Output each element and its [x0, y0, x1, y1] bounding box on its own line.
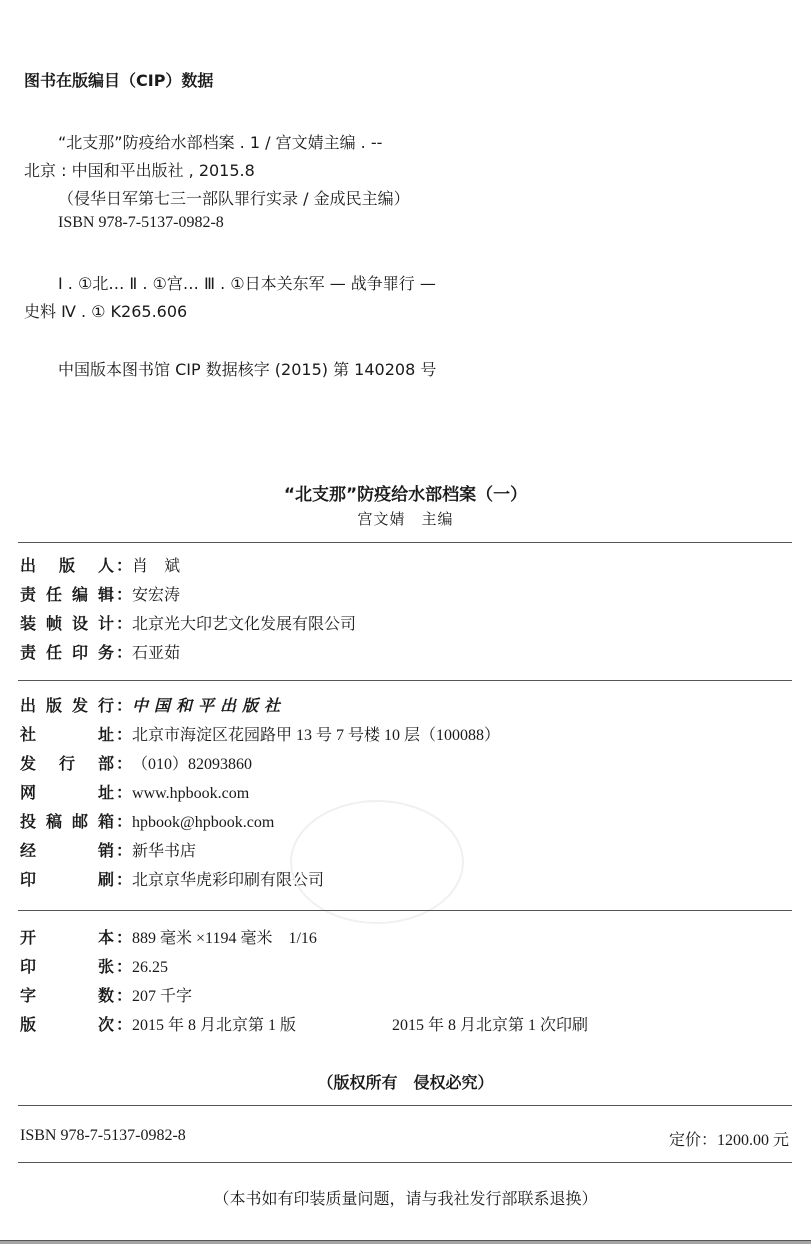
field-value: 新华书店 — [132, 838, 196, 861]
book-title: “北支那”防疫给水部档案（一） — [0, 480, 811, 505]
field-value: 石亚茹 — [132, 640, 180, 663]
field-value: 北京京华虎彩印刷有限公司 — [132, 867, 324, 890]
submission-email-row: 投稿邮箱： hpbook@hpbook.com — [20, 809, 274, 832]
cip-subject-line: Ⅰ . ①北… Ⅱ . ①宫… Ⅲ . ①日本关东军 — 战争罪行 — — [58, 271, 436, 294]
field-value: 889 毫米 ×1194 毫米 1/16 — [132, 925, 317, 948]
field-label: 装帧设计 — [20, 611, 114, 634]
field-value: 207 千字 — [132, 983, 192, 1006]
field-label: 责任印务 — [20, 640, 114, 663]
stamp-watermark — [290, 800, 464, 924]
publisher-logo: 中国和平出版社 — [132, 693, 286, 716]
field-value: 北京市海淀区花园路甲 13 号 7 号楼 10 层（100088） — [132, 722, 500, 745]
distributor-row: 经销： 新华书店 — [20, 838, 196, 861]
staff-design-row: 装帧设计： 北京光大印艺文化发展有限公司 — [20, 611, 356, 634]
field-label: 责任编辑 — [20, 582, 114, 605]
cip-title-line: “北支那”防疫给水部档案 . 1 / 宫文婧主编 . -- — [58, 130, 382, 153]
field-label: 投稿邮箱 — [20, 809, 114, 832]
field-label: 社址 — [20, 722, 114, 745]
book-editor: 宫文婧 主编 — [0, 508, 811, 529]
cip-approval-number: 中国版本图书馆 CIP 数据核字 (2015) 第 140208 号 — [58, 357, 436, 380]
cip-publisher-line: 北京 : 中国和平出版社 , 2015.8 — [24, 158, 255, 181]
field-label: 出版人 — [20, 553, 114, 576]
cip-isbn-line: ISBN 978-7-5137-0982-8 — [58, 214, 224, 232]
field-label: 开本 — [20, 925, 114, 948]
quality-note: （本书如有印装质量问题，请与我社发行部联系退换） — [0, 1186, 811, 1209]
copyright-notice: （版权所有 侵权必究） — [0, 1070, 811, 1093]
divider-rule — [18, 1162, 792, 1163]
word-count-row: 字数： 207 千字 — [20, 983, 192, 1006]
publisher-row: 出版发行： 中国和平出版社 — [20, 693, 286, 716]
isbn: ISBN 978-7-5137-0982-8 — [20, 1127, 186, 1145]
cip-classification-line: 史料 Ⅳ . ① K265.606 — [24, 299, 187, 322]
divider-rule — [18, 910, 792, 911]
printing-info: 2015 年 8 月北京第 1 次印刷 — [392, 1012, 588, 1035]
field-value: 北京光大印艺文化发展有限公司 — [132, 611, 356, 634]
printer-row: 印刷： 北京京华虎彩印刷有限公司 — [20, 867, 324, 890]
staff-editor-row: 责任编辑： 安宏涛 — [20, 582, 180, 605]
distribution-dept-row: 发行部： （010）82093860 — [20, 751, 252, 774]
divider-rule — [18, 1105, 792, 1106]
cip-heading: 图书在版编目（CIP）数据 — [24, 68, 213, 91]
cip-series-line: （侵华日军第七三一部队罪行实录 / 金成民主编） — [58, 186, 410, 209]
website-row: 网址： www.hpbook.com — [20, 780, 249, 803]
field-value: 26.25 — [132, 959, 168, 977]
field-label: 经销 — [20, 838, 114, 861]
field-label: 版次 — [20, 1012, 114, 1035]
field-value: 2015 年 8 月北京第 1 版 — [132, 1012, 296, 1035]
staff-printing-row: 责任印务： 石亚茹 — [20, 640, 180, 663]
website-url: www.hpbook.com — [132, 785, 249, 803]
field-label: 印张 — [20, 954, 114, 977]
field-label: 网址 — [20, 780, 114, 803]
edition-row: 版次： 2015 年 8 月北京第 1 版 2015 年 8 月北京第 1 次印… — [20, 1012, 588, 1035]
field-label: 出版发行 — [20, 693, 114, 716]
bottom-bar — [0, 1240, 811, 1244]
sheets-row: 印张： 26.25 — [20, 954, 168, 977]
field-label: 发行部 — [20, 751, 114, 774]
divider-rule — [18, 680, 792, 681]
field-label: 印刷 — [20, 867, 114, 890]
field-value: 安宏涛 — [132, 582, 180, 605]
price: 定价：1200.00 元 — [669, 1127, 789, 1150]
field-value: 肖 斌 — [132, 553, 180, 576]
address-row: 社址： 北京市海淀区花园路甲 13 号 7 号楼 10 层（100088） — [20, 722, 500, 745]
field-label: 字数 — [20, 983, 114, 1006]
phone-number: （010）82093860 — [132, 751, 252, 774]
staff-publisher-row: 出版人： 肖 斌 — [20, 553, 180, 576]
format-row: 开本： 889 毫米 ×1194 毫米 1/16 — [20, 925, 317, 948]
email-address: hpbook@hpbook.com — [132, 814, 274, 832]
divider-rule — [18, 542, 792, 543]
